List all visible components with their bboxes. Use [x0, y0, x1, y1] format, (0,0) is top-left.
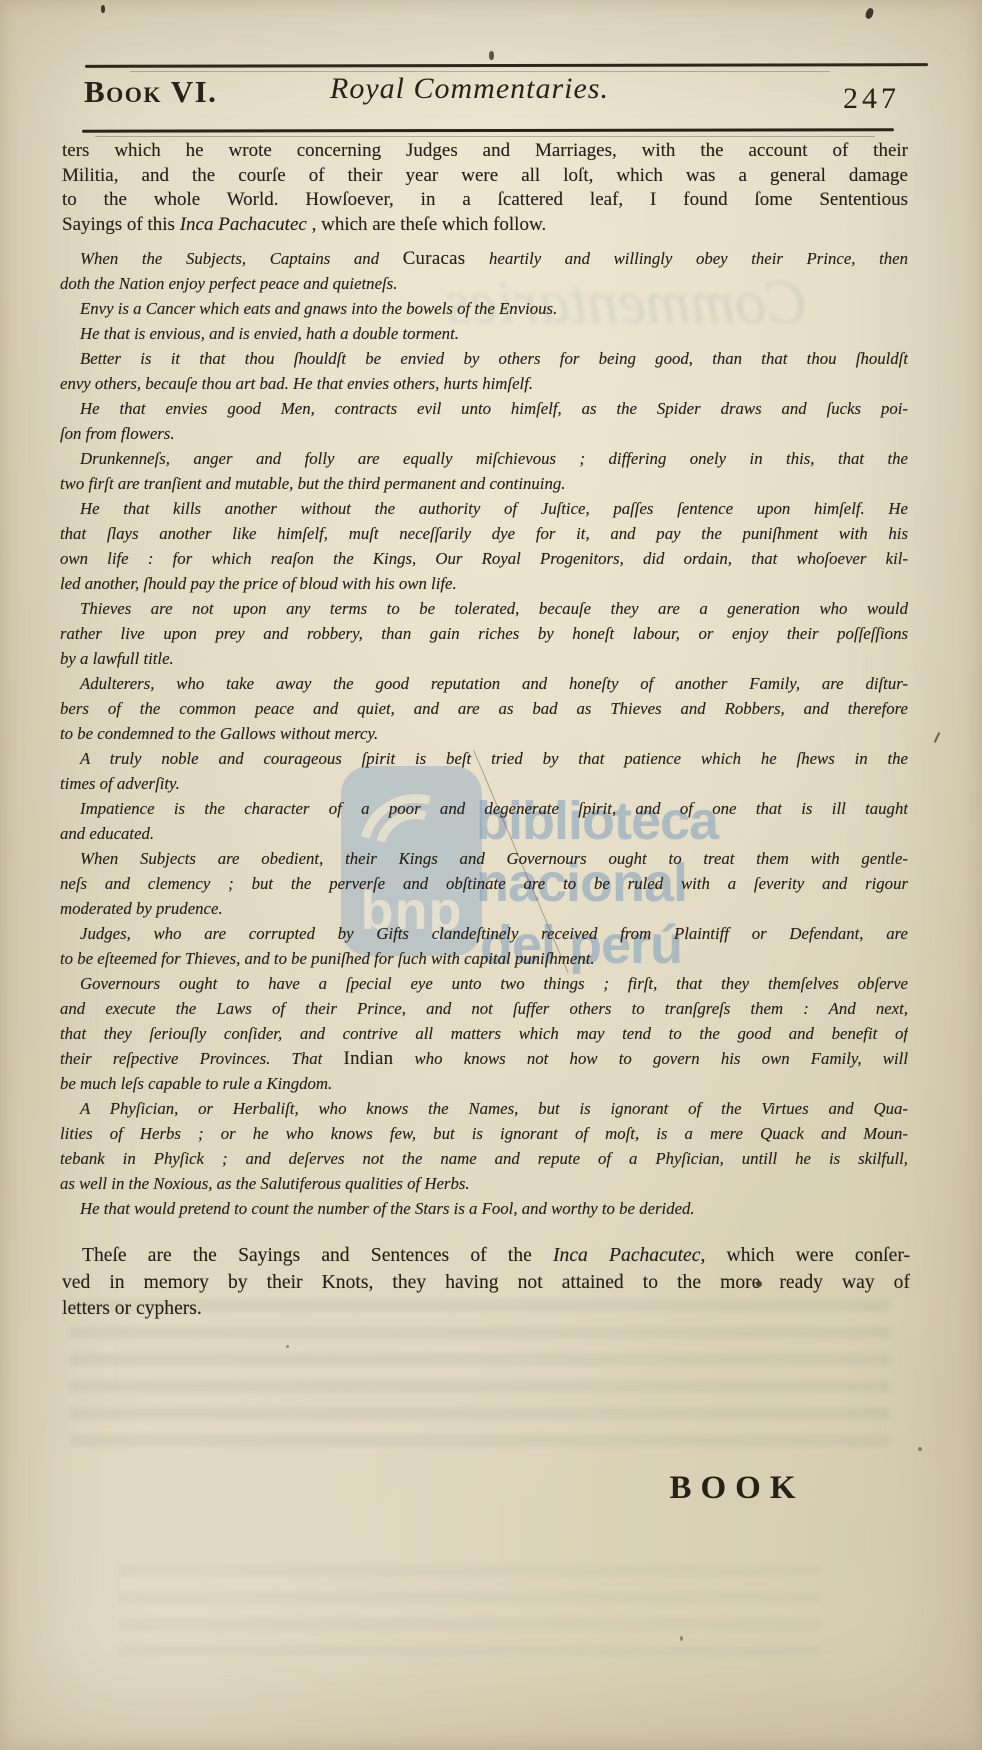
text-line: Militia, and the courſe of their year we… — [62, 164, 908, 189]
text-line: by a lawfull title. — [60, 646, 908, 671]
text-line: Better is it that thou ſhouldſt be envie… — [60, 346, 908, 371]
text-line: tebank in Phyſick ; and deſerves not the… — [60, 1146, 908, 1171]
text-line: neſs and clemency ; but the perverſe and… — [60, 871, 908, 896]
text-line: be much leſs capable to rule a Kingdom. — [60, 1071, 908, 1096]
page-number: 247 — [843, 82, 900, 116]
text-line: lities of Herbs ; or he who knows few, b… — [60, 1121, 908, 1146]
book-page: bnp biblioteca nacional del perú Comment… — [0, 0, 982, 1750]
text-line: and execute the Laws of their Prince, an… — [60, 996, 908, 1021]
text-line: He that is envious, and is envied, hath … — [60, 321, 908, 346]
ink-speck — [918, 1447, 922, 1451]
text-line: ſon from flowers. — [60, 421, 908, 446]
text-line: to the whole World. Howſoever, in a ſcat… — [62, 188, 908, 213]
catchword: BOOK — [652, 1470, 822, 1507]
text-line: moderated by prudence. — [60, 896, 908, 921]
text-line: Theſe are the Sayings and Sentences of t… — [62, 1243, 910, 1270]
text-line: bers of the common peace and quiet, and … — [60, 696, 908, 721]
show-through-text — [70, 1300, 890, 1460]
ink-speck — [680, 1636, 683, 1641]
text-line: When the Subjects, Captains and Curacas … — [60, 246, 908, 271]
ink-speck — [934, 732, 940, 743]
text-line: Drunkenneſs, anger and folly are equally… — [60, 446, 908, 471]
text-line: that ſlays another like himſelf, muſt ne… — [60, 521, 908, 546]
text-line: led another, ſhould pay the price of blo… — [60, 571, 908, 596]
text-line: He that envies good Men, contracts evil … — [60, 396, 908, 421]
text-line: ved in memory by their Knots, they havin… — [62, 1270, 910, 1297]
header-rule — [82, 128, 894, 132]
text-line: Governours ought to have a ſpecial eye u… — [60, 971, 908, 996]
text-line: Adulterers, who take away the good reput… — [60, 671, 908, 696]
text-line: He that kills another without the author… — [60, 496, 908, 521]
text-line: and educated. — [60, 821, 908, 846]
closing-paragraph: Theſe are the Sayings and Sentences of t… — [62, 1243, 910, 1323]
ink-speck — [864, 7, 874, 20]
text-line: to be condemned to the Gallows without m… — [60, 721, 908, 746]
text-line: own life : for which reaſon the Kings, O… — [60, 546, 908, 571]
text-line: letters or cyphers. — [62, 1296, 910, 1323]
sayings-paragraphs: When the Subjects, Captains and Curacas … — [60, 246, 908, 1221]
text-line: two firſt are tranſient and mutable, but… — [60, 471, 908, 496]
text-line: A Phyſician, or Herbaliſt, who knows the… — [60, 1096, 908, 1121]
show-through-text — [120, 1565, 820, 1655]
header-rule-echo — [95, 136, 875, 137]
text-line: Thieves are not upon any terms to be tol… — [60, 596, 908, 621]
ink-speck — [489, 51, 494, 60]
text-line: envy others, becauſe thou art bad. He th… — [60, 371, 908, 396]
book-number-label: Book VI. — [84, 74, 217, 110]
text-line: as well in the Noxious, as the Salutifer… — [60, 1171, 908, 1196]
text-line: ters which he wrote concerning Judges an… — [62, 139, 908, 164]
text-line: to be eſteemed for Thieves, and to be pu… — [60, 946, 908, 971]
text-line: rather live upon prey and robbery, than … — [60, 621, 908, 646]
text-line: Envy is a Cancer which eats and gnaws in… — [60, 296, 908, 321]
text-line: doth the Nation enjoy perfect peace and … — [60, 271, 908, 296]
text-line: When Subjects are obedient, their Kings … — [60, 846, 908, 871]
text-line: times of adverſity. — [60, 771, 908, 796]
text-line: that they ſeriouſly conſider, and contri… — [60, 1021, 908, 1046]
intro-paragraph: ters which he wrote concerning Judges an… — [62, 139, 908, 237]
text-line: Impatience is the character of a poor an… — [60, 796, 908, 821]
text-line: Sayings of this Inca Pachacutec , which … — [62, 213, 908, 238]
running-title: Royal Commentaries. — [330, 72, 609, 106]
text-line: He that would pretend to count the numbe… — [60, 1196, 908, 1221]
text-line: A truly noble and courageous ſpirit is b… — [60, 746, 908, 771]
text-line: their reſpective Provinces. That Indian … — [60, 1046, 908, 1071]
ink-speck — [286, 1345, 289, 1348]
text-line: Judges, who are corrupted by Gifts cland… — [60, 921, 908, 946]
ink-speck — [101, 5, 105, 13]
top-rule — [85, 63, 928, 68]
